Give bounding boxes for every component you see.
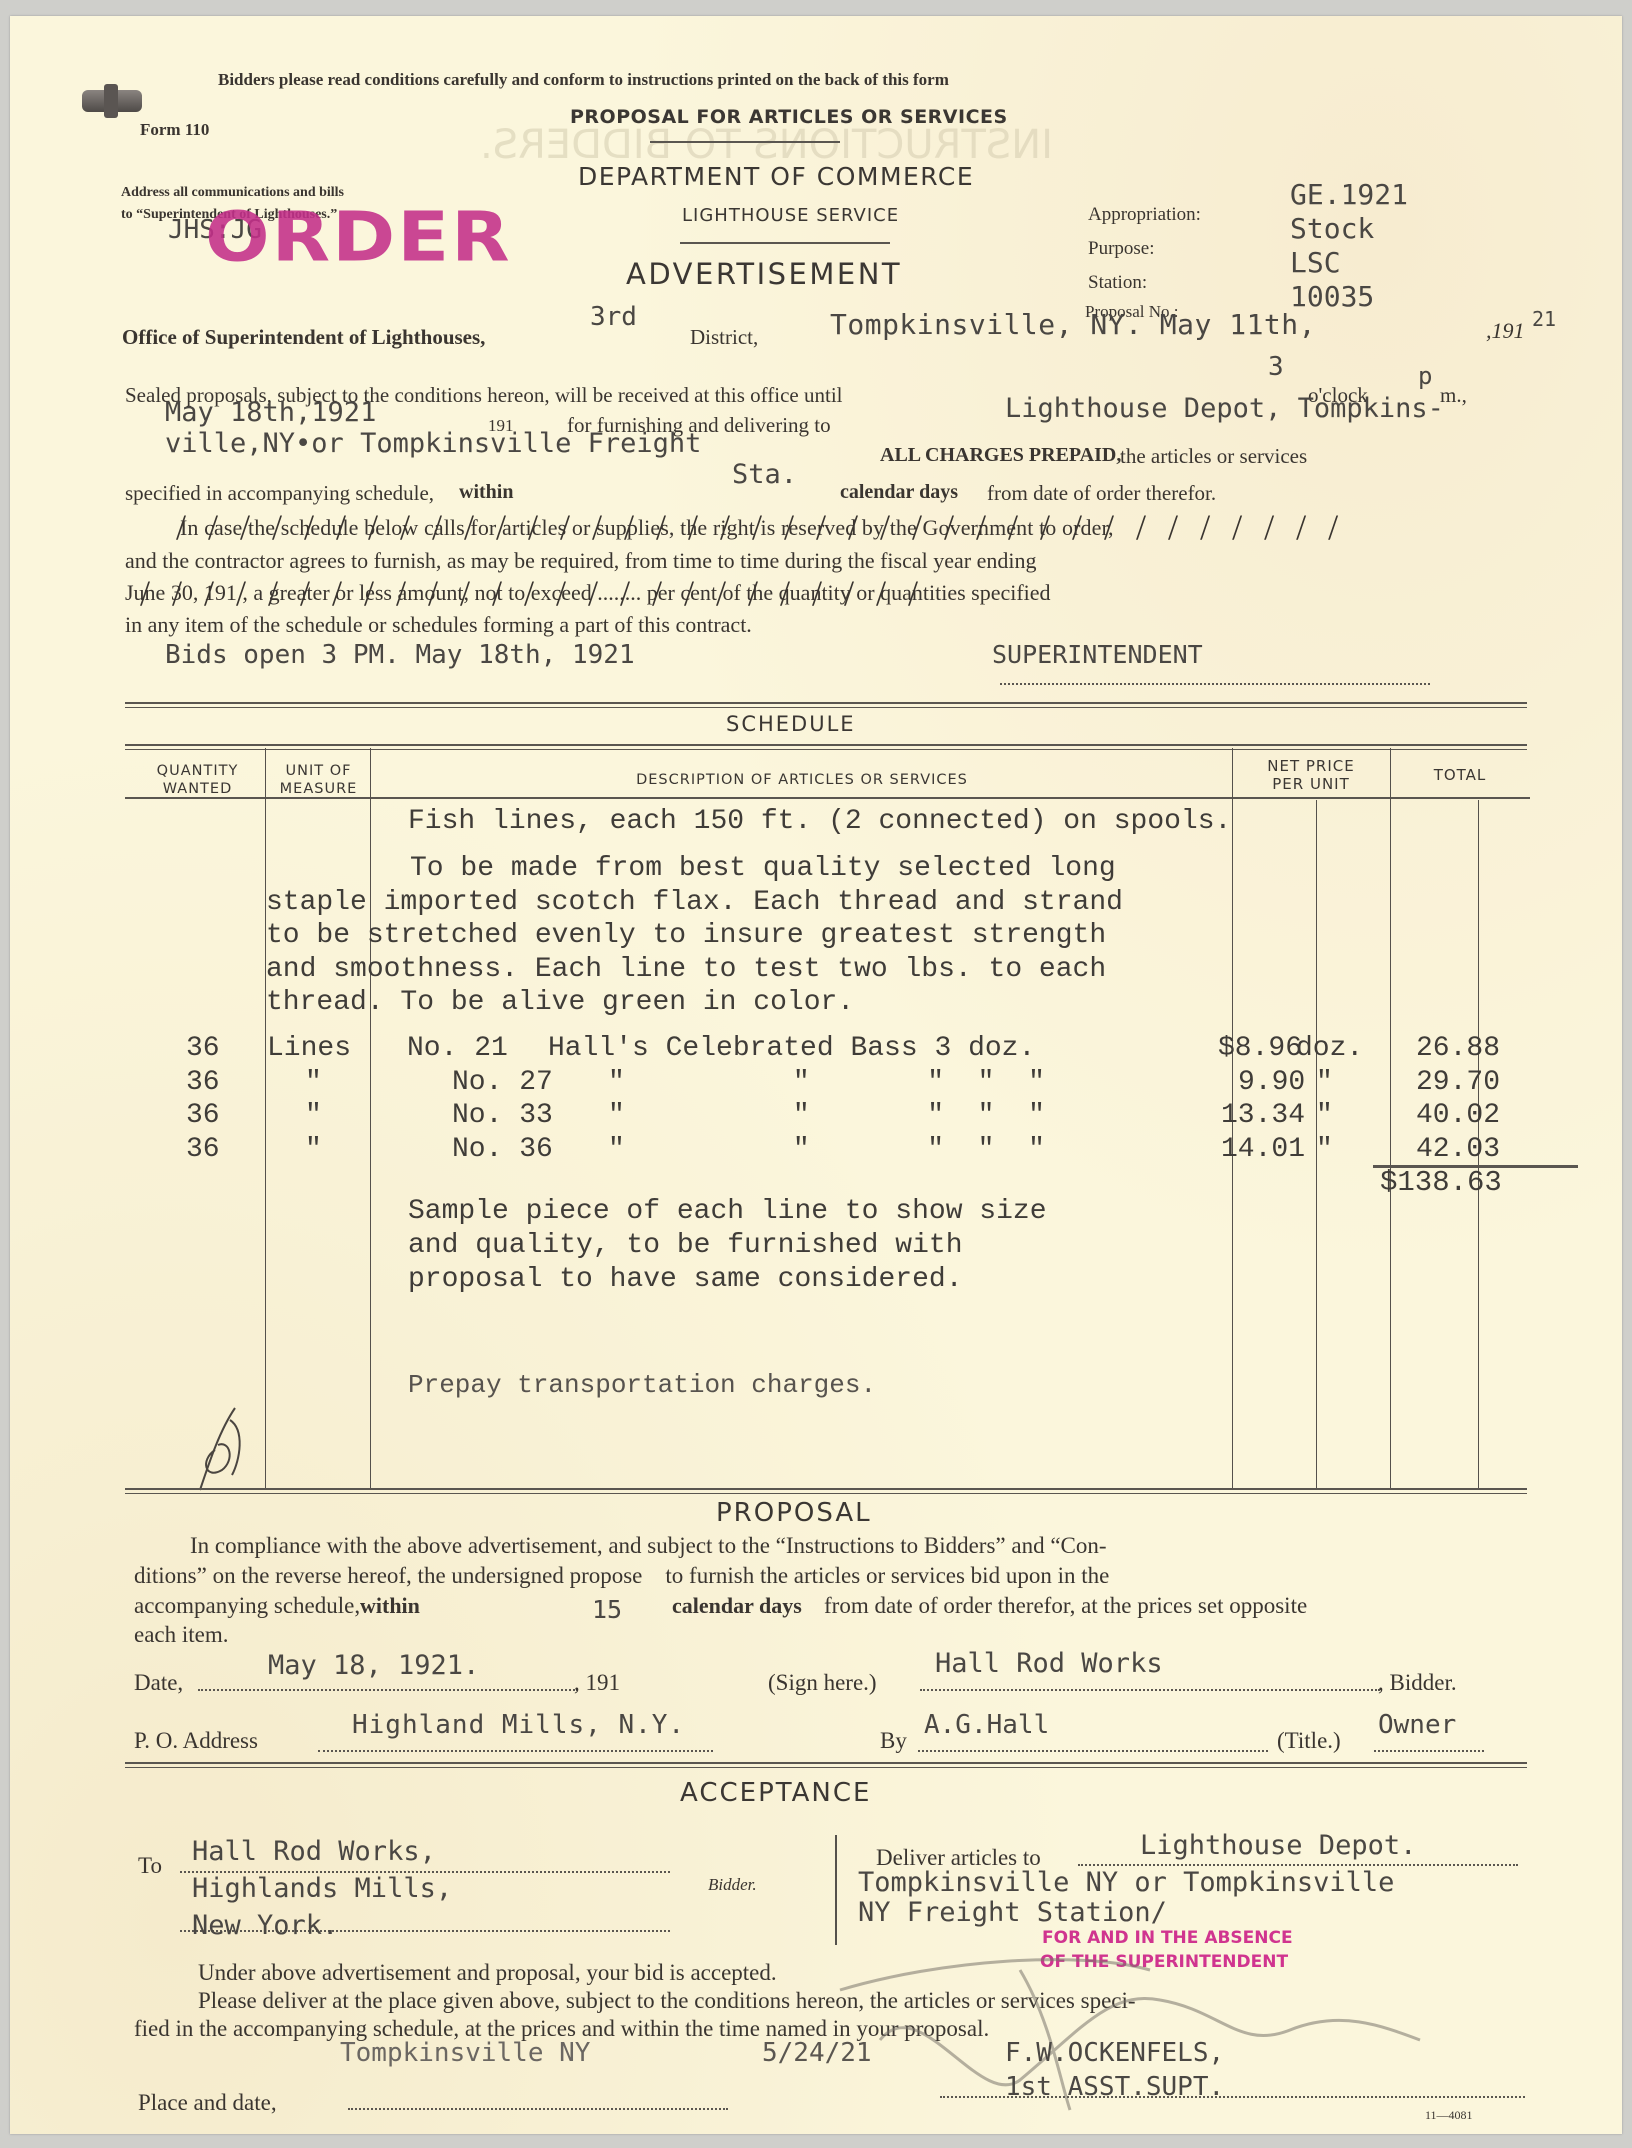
proposal-line-1: In compliance with the above advertiseme… [190, 1533, 1107, 1559]
spec-line: To be made from best quality selected lo… [262, 852, 1123, 886]
purpose-value: Stock [1290, 212, 1408, 246]
price-cell: 13.34 [1221, 1099, 1305, 1133]
superintendent-title: SUPERINTENDENT [992, 640, 1203, 669]
date-year-label: , 191 [574, 1670, 620, 1696]
description-cell: Hall's Celebrated Bass 3 doz. [548, 1032, 1035, 1066]
signature-line [1000, 683, 1430, 685]
item-number-cell: No. 36 [452, 1133, 553, 1167]
to-label: To [138, 1853, 162, 1879]
description-cell: " " " " " [608, 1133, 1045, 1167]
proposal-title: PROPOSAL [716, 1498, 872, 1528]
place-date-line [348, 2108, 728, 2110]
proposal-line-3a: accompanying schedule, [134, 1593, 360, 1619]
price-cell: 14.01 [1221, 1133, 1305, 1167]
signer-line [940, 2096, 1525, 2098]
hour-value: 3 [1268, 352, 1284, 382]
to-address: Hall Rod Works, Highlands Mills, New Yor… [192, 1833, 452, 1944]
ampm-suffix: m., [1440, 383, 1467, 408]
charges-prepaid: ALL CHARGES PREPAID, [880, 444, 1121, 467]
proposal-date-value: May 18, 1921. [268, 1650, 479, 1681]
per-cell: " [1316, 1066, 1333, 1100]
paper-clip-icon [82, 90, 142, 112]
advertisement-title: ADVERTISEMENT [626, 257, 902, 291]
proposal-within: within [360, 1593, 420, 1619]
divider [650, 141, 840, 143]
col-header-description: DESCRIPTION OF ARTICLES OR SERVICES [372, 771, 1232, 789]
para2-line-4: in any item of the schedule or schedules… [125, 612, 752, 638]
title-value: Owner [1378, 1710, 1456, 1740]
item-number-cell: No. 21 [407, 1032, 508, 1066]
appropriation-value: GE.1921 [1290, 178, 1408, 212]
proposal-days: 15 [592, 1595, 622, 1624]
table-row: 36 " No. 36 " " " " " 14.01 " 42.03 [0, 1133, 1632, 1167]
qty-cell: 36 [186, 1133, 220, 1167]
district-label: District, [690, 325, 758, 350]
item-number-cell: No. 27 [452, 1066, 553, 1100]
acceptance-date: 5/24/21 [762, 2038, 872, 2068]
proposal-line-4: each item. [134, 1622, 229, 1648]
by-line [918, 1750, 1268, 1752]
qty-cell: 36 [186, 1099, 220, 1133]
form-number: Form 110 [140, 120, 209, 140]
acceptance-bidder-label: Bidder. [708, 1875, 757, 1895]
specified-label: specified in accompanying schedule, [125, 481, 434, 506]
year-prefix: ,191 [1486, 318, 1525, 344]
description-cell: " " " " " [608, 1099, 1045, 1133]
header-bottom-border [125, 797, 1530, 799]
by-label: By [880, 1728, 907, 1754]
service-title: LIGHTHOUSE SERVICE [682, 205, 899, 226]
station-value: LSC [1290, 246, 1408, 280]
bid-date: May 18th,1921 [165, 397, 376, 428]
order-stamp: ORDER [205, 196, 512, 276]
signer-name: F.W.OCKENFELS, [1005, 2038, 1224, 2068]
qty-cell: 36 [186, 1066, 220, 1100]
para2-line-2: and the contractor agrees to furnish, as… [125, 548, 1036, 574]
acceptance-place: Tompkinsville NY [340, 2038, 590, 2068]
per-cell: " [1316, 1133, 1333, 1167]
by-value: A.G.Hall [924, 1710, 1049, 1740]
office-label: Office of Superintendent of Lighthouses, [122, 325, 485, 350]
col-header-price: NET PRICE PER UNIT [1232, 757, 1390, 793]
meta-labels: Appropriation: Purpose: Station: [1088, 198, 1201, 300]
table-row: 36 " No. 27 " " " " " 9.90 " 29.70 [0, 1066, 1632, 1100]
table-row: 36 Lines No. 21 Hall's Celebrated Bass 3… [0, 1032, 1632, 1066]
title-line [1374, 1750, 1484, 1752]
place-date-label: Place and date, [138, 2090, 277, 2116]
schedule-bottom-border [125, 1488, 1527, 1494]
qty-cell: 36 [186, 1032, 220, 1066]
date-label: Date, [134, 1670, 183, 1696]
section-divider [125, 1762, 1527, 1768]
po-address-label: P. O. Address [134, 1728, 258, 1754]
calendar-days-label: calendar days [840, 481, 958, 504]
col-header-quantity: QUANTITY WANTED [130, 762, 265, 798]
price-cell: 9.90 [1238, 1066, 1305, 1100]
spec-block: To be made from best quality selected lo… [262, 852, 1123, 1020]
charges-rest: the articles or services [1120, 444, 1307, 469]
bids-open: Bids open 3 PM. May 18th, 1921 [165, 640, 635, 670]
table-row: 36 " No. 33 " " " " " 13.34 " 40.02 [0, 1099, 1632, 1133]
purpose-label: Purpose: [1088, 232, 1201, 266]
strike-marks-line-3: ///////////////////////// [140, 572, 940, 614]
spec-line: thread. To be alive green in color. [262, 986, 1123, 1020]
meta-values: GE.1921 Stock LSC 10035 [1290, 178, 1408, 314]
po-address-line [318, 1750, 713, 1752]
line-items: 36 Lines No. 21 Hall's Celebrated Bass 3… [0, 1032, 1632, 1166]
total-cell: 29.70 [1416, 1066, 1500, 1100]
section-divider [125, 702, 1527, 708]
proposal-line-3c: from date of order therefor, at the pric… [824, 1593, 1307, 1619]
spec-line: and smoothness. Each line to test two lb… [262, 953, 1123, 987]
from-date-label: from date of order therefor. [987, 481, 1216, 506]
title-label: (Title.) [1277, 1728, 1341, 1754]
proposal-line-2: ditions” on the reverse hereof, the unde… [134, 1563, 1109, 1589]
proposal-calendar-days: calendar days [672, 1593, 802, 1619]
unit-cell: " [305, 1066, 322, 1100]
total-cell: 40.02 [1416, 1099, 1500, 1133]
transport-note: Prepay transportation charges. [408, 1370, 876, 1400]
total-cell: 42.03 [1416, 1133, 1500, 1167]
within-label: within [459, 481, 513, 504]
bidder-label: , Bidder. [1378, 1670, 1457, 1696]
sample-note: Sample piece of each line to show size a… [408, 1195, 1047, 1297]
deliver-lines: Tompkinsville NY or Tompkinsville NY Fre… [858, 1868, 1394, 1928]
divider [680, 242, 890, 244]
deliver-to-line-3: Sta. [732, 459, 797, 490]
station-label: Station: [1088, 266, 1201, 300]
spec-line: to be stretched evenly to insure greates… [262, 919, 1123, 953]
appropriation-label: Appropriation: [1088, 198, 1201, 232]
price-cell: $8.96 [1218, 1032, 1302, 1066]
form-code: 11—4081 [1425, 2108, 1473, 2123]
form-title: PROPOSAL FOR ARTICLES OR SERVICES [570, 106, 1008, 128]
per-cell: doz. [1296, 1032, 1363, 1066]
bidders-notice: Bidders please read conditions carefully… [218, 70, 949, 90]
signature-field-line [920, 1689, 1380, 1691]
sign-here-label: (Sign here.) [768, 1670, 877, 1696]
schedule-title: SCHEDULE [726, 712, 856, 736]
per-cell: " [1316, 1099, 1333, 1133]
acceptance-text-1: Under above advertisement and proposal, … [198, 1960, 777, 1986]
po-address-value: Highland Mills, N.Y. [352, 1710, 685, 1740]
place-and-date: Tompkinsville, NY. May 11th, [830, 308, 1316, 341]
col-header-unit: UNIT OF MEASURE [267, 762, 370, 798]
unit-cell: " [305, 1099, 322, 1133]
item-number-cell: No. 33 [452, 1099, 553, 1133]
date-field-line [198, 1689, 578, 1691]
year-suffix: 21 [1532, 307, 1556, 331]
total-cell: 26.88 [1416, 1032, 1500, 1066]
deliver-to-line-2: ville,NY•or Tompkinsville Freight [165, 428, 701, 459]
schedule-top-border [125, 744, 1527, 750]
department-title: DEPARTMENT OF COMMERCE [578, 162, 974, 191]
description-cell: " " " " " [608, 1066, 1045, 1100]
spec-line: staple imported scotch flax. Each thread… [262, 886, 1123, 920]
deliver-line [1078, 1864, 1518, 1866]
schedule-intro: Fish lines, each 150 ft. (2 connected) o… [408, 806, 1231, 837]
col-header-total: TOTAL [1390, 766, 1530, 784]
acceptance-divider [835, 1835, 837, 1945]
margin-initials-mark [160, 1400, 270, 1495]
unit-cell: " [305, 1133, 322, 1167]
unit-cell: Lines [267, 1032, 351, 1066]
district-number: 3rd [590, 302, 637, 332]
deliver-to-line-1: Lighthouse Depot, Tompkins- [1005, 393, 1444, 424]
deliver-line-1: Lighthouse Depot. [1140, 1830, 1416, 1861]
bidder-name: Hall Rod Works [935, 1648, 1163, 1679]
strike-marks-line-1: ///////////////////////////////////// [176, 506, 1360, 548]
acceptance-title: ACCEPTANCE [680, 1778, 871, 1808]
ampm-typed: p [1418, 362, 1432, 390]
grand-total: $138.63 [1380, 1166, 1502, 1199]
